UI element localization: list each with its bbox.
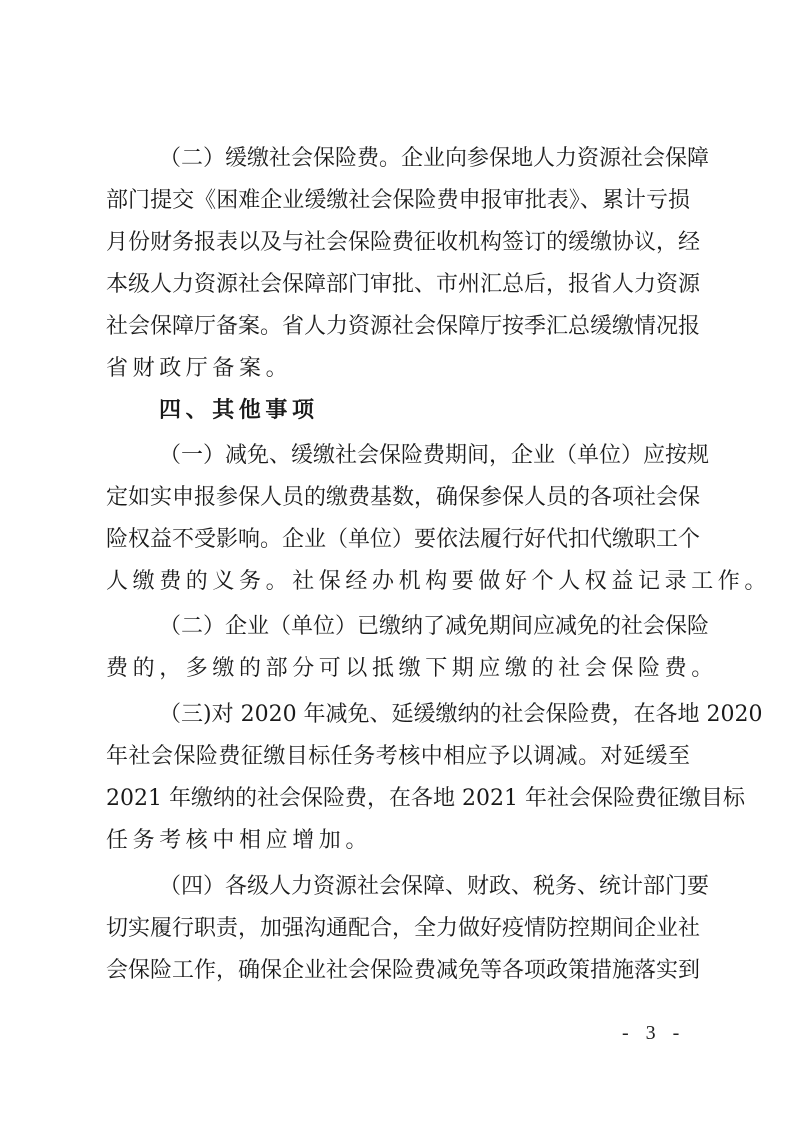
text-line: 本级人力资源社会保障部门审批、市州汇总后，报省人力资源	[106, 270, 690, 300]
text-line: 2021 年缴纳的社会保险费，在各地 2021 年社会保险费征缴目标	[106, 784, 690, 814]
text-line: 会保险工作，确保企业社会保险费减免等各项政策措施落实到	[106, 956, 690, 986]
page-number: - 3 -	[622, 1022, 685, 1045]
text-line: 年社会保险费征缴目标任务考核中相应予以调减。对延缓至	[106, 742, 690, 772]
text-line: 费的，多缴的部分可以抵缴下期应缴的社会保险费。	[106, 654, 690, 684]
text-line: 月份财务报表以及与社会保险费征收机构签订的缓缴协议，经	[106, 228, 690, 258]
text-line: 部门提交《困难企业缓缴社会保险费申报审批表》、累计亏损	[106, 186, 690, 216]
section-heading: 四、其他事项	[106, 396, 690, 426]
text-line: （四）各级人力资源社会保障、财政、税务、统计部门要	[106, 872, 690, 902]
text-line: 险权益不受影响。企业（单位）要依法履行好代扣代缴职工个	[106, 525, 690, 555]
text-line: （一）减免、缓缴社会保险费期间，企业（单位）应按规	[106, 441, 690, 471]
text-line: 社会保障厅备案。省人力资源社会保障厅按季汇总缓缴情况报	[106, 312, 690, 342]
text-line: （二）企业（单位）已缴纳了减免期间应减免的社会保险	[106, 612, 690, 642]
text-line: （二）缓缴社会保险费。企业向参保地人力资源社会保障	[106, 144, 690, 174]
text-line: （三)对 2020 年减免、延缓缴纳的社会保险费，在各地 2020	[106, 700, 690, 730]
text-line: 切实履行职责，加强沟通配合，全力做好疫情防控期间企业社	[106, 914, 690, 944]
text-line: 任务考核中相应增加。	[106, 826, 690, 856]
text-line: 省财政厅备案。	[106, 354, 690, 384]
text-line: 定如实申报参保人员的缴费基数，确保参保人员的各项社会保	[106, 483, 690, 513]
text-line: 人缴费的义务。社保经办机构要做好个人权益记录工作。	[106, 567, 690, 597]
